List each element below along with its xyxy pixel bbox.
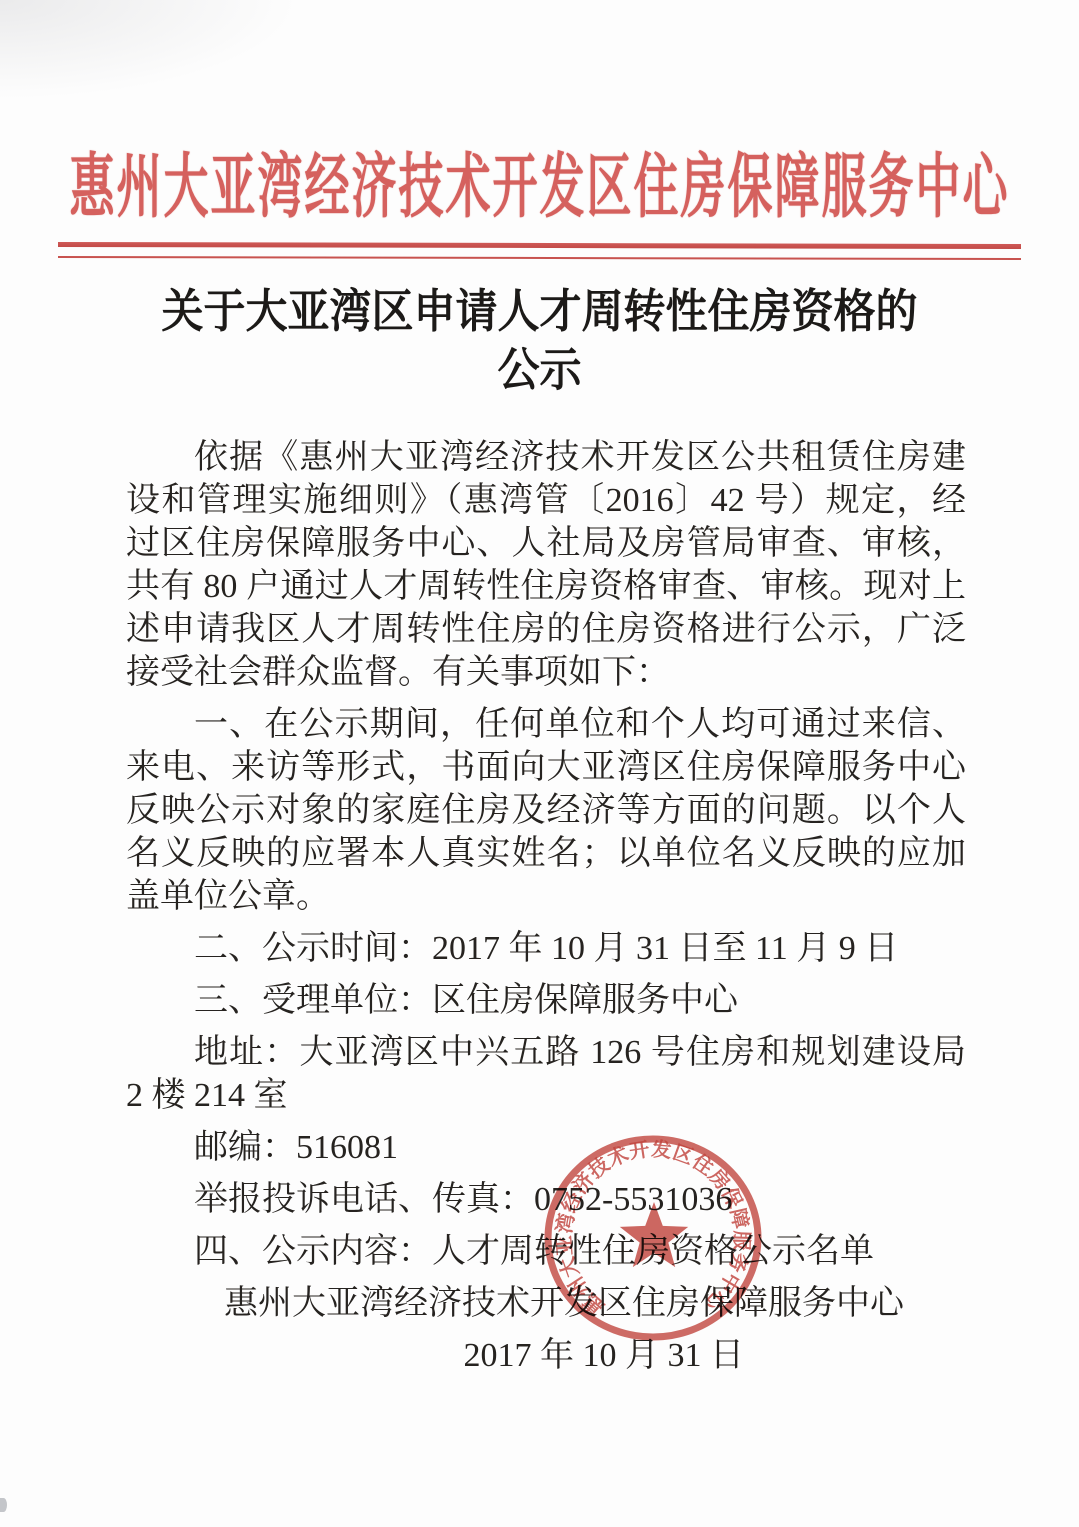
scan-speck-artifact — [0, 1498, 7, 1512]
letterhead-rule-thin — [58, 256, 1021, 260]
scan-shadow-artifact — [0, 0, 300, 100]
letterhead-rule-thick — [58, 242, 1021, 249]
document-title-line1: 关于大亚湾区申请人才周转性住房资格的 — [0, 282, 1079, 340]
letterhead-title: 惠州大亚湾经济技术开发区住房保障服务中心 — [0, 130, 1079, 231]
paragraph-item-3-unit: 三、受理单位：区住房保障服务中心 — [126, 979, 966, 1022]
document-title-line2: 公示 — [0, 340, 1079, 398]
issue-date: 2017 年 10 月 31 日 — [126, 1334, 966, 1377]
paragraph-item-1: 一、在公示期间，任何单位和个人均可通过来信、来电、来访等形式，书面向大亚湾区住房… — [126, 703, 966, 918]
paragraph-item-4-content: 四、公示内容：人才周转性住房资格公示名单 — [126, 1230, 966, 1273]
issuer-signature: 惠州大亚湾经济技术开发区住房保障服务中心 — [126, 1282, 966, 1325]
scanned-notice-page: 惠州大亚湾经济技术开发区住房保障服务中心 关于大亚湾区申请人才周转性住房资格的 … — [0, 0, 1079, 1527]
paragraph-address: 地址：大亚湾区中兴五路 126 号住房和规划建设局 2 楼 214 室 — [126, 1031, 966, 1117]
document-body: 依据《惠州大亚湾经济技术开发区公共租赁住房建设和管理实施细则》（惠湾管〔2016… — [126, 436, 966, 1386]
paragraph-phone-fax: 举报投诉电话、传真：0752-5531036 — [126, 1178, 966, 1221]
paragraph-intro: 依据《惠州大亚湾经济技术开发区公共租赁住房建设和管理实施细则》（惠湾管〔2016… — [126, 436, 966, 694]
document-title: 关于大亚湾区申请人才周转性住房资格的 公示 — [0, 282, 1079, 399]
paragraph-postcode: 邮编：516081 — [126, 1126, 966, 1169]
paragraph-item-2-time: 二、公示时间：2017 年 10 月 31 日至 11 月 9 日 — [126, 927, 966, 970]
